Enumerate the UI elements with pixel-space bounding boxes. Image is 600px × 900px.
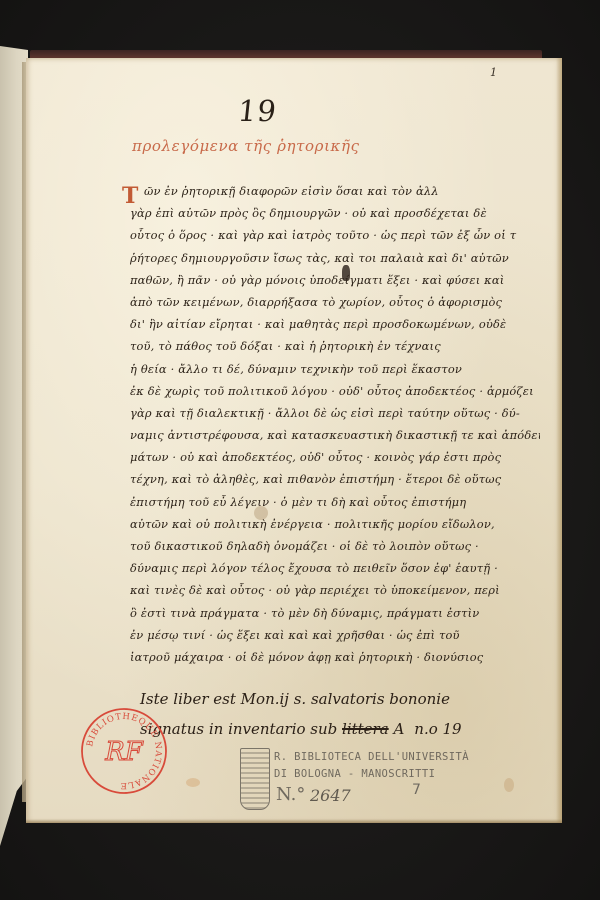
stamp-line-2: DI BOLOGNA - MANOSCRITTI — [274, 768, 435, 780]
struck-word: littera — [342, 720, 389, 738]
text-line: γὰρ καὶ τῇ διαλεκτικῇ · ἄλλοι δὲ ὡς εἰσὶ… — [130, 402, 540, 424]
text-line: ἡ θεία · ἄλλο τι δέ, δύναμιν τεχνικὴν το… — [130, 358, 540, 380]
text-line: δύναμις περὶ λόγον τέλος ἔχουσα τὸ πειθε… — [130, 557, 540, 579]
ownership-line-2: signatus in inventario sub littera An.o … — [140, 714, 560, 744]
text-line: ἐπιστήμη τοῦ εὖ λέγειν · ὁ μὲν τι δὴ καὶ… — [130, 491, 540, 513]
page-number: 19 — [236, 94, 278, 128]
text-line: ἐν μέσῳ τινί · ὡς ἕξει καὶ καὶ καὶ χρῆσθ… — [130, 624, 540, 646]
text-line: παθῶν, ἢ πᾶν · οὐ γὰρ μόνοις ὑποδείγματι… — [130, 269, 540, 291]
bologna-library-stamp: R. BIBLIOTECA DELL'UNIVERSITÀ DI BOLOGNA… — [240, 748, 460, 810]
stamp-line-1: R. BIBLIOTECA DELL'UNIVERSITÀ — [274, 751, 469, 763]
text-line: τοῦ, τὸ πάθος τοῦ δόξαι · καὶ ἡ ῥητορικὴ… — [130, 335, 540, 357]
text-line: ναμις ἀντιστρέφουσα, καὶ κατασκευαστικὴ … — [130, 424, 540, 446]
ownership-note: Iste liber est Mon.ij s. salvatoris bono… — [140, 684, 560, 744]
text-line: ῥήτορες δημιουργοῦσιν ἴσως τὰς, καὶ τοι … — [130, 247, 540, 269]
text-line: ἰατροῦ μάχαιρα · οἱ δὲ μόνον ἀφῃ καὶ ῥητ… — [130, 646, 540, 668]
text-line: ἐκ δὲ χωρὶς τοῦ πολιτικοῦ λόγου · οὐδ' ο… — [130, 380, 540, 402]
text-line: αὐτῶν καὶ οὐ πολιτικὴ ἐνέργεια · πολιτικ… — [130, 513, 540, 535]
text-line: ἀπὸ τῶν κειμένων, διαρρήξασα τὸ χωρίον, … — [130, 291, 540, 313]
text-line: ῶν ἐν ῥητορικῇ διαφορῶν εἰσὶν ὅσαι καὶ τ… — [130, 180, 540, 202]
text-line: δι' ἣν αἰτίαν εἴρηται · καὶ μαθητὰς περὶ… — [130, 313, 540, 335]
rubric-heading: προλεγόμενα τῆς ῥητορικῆς — [132, 137, 532, 155]
text-line: ὃ ἐστὶ τινὰ πράγματα · τὸ μὲν δὴ δύναμις… — [130, 602, 540, 624]
foxing-stain — [504, 778, 514, 792]
text-line: τέχνη, καὶ τὸ ἀληθὲς, καὶ πιθανὸν ἐπιστή… — [130, 468, 540, 490]
text-line: γὰρ ἐπὶ αὐτῶν πρὸς ὃς δημιουργῶν · οὐ κα… — [130, 202, 540, 224]
ownership-line-1: Iste liber est Mon.ij s. salvatoris bono… — [140, 684, 560, 714]
folio-mark: 1 — [490, 66, 497, 79]
bibliotheque-nationale-stamp: BIBLIOTHEQUE NATIONALE RF — [80, 707, 168, 795]
greek-text-block: ῶν ἐν ῥητορικῇ διαφορῶν εἰσὶν ὅσαι καὶ τ… — [130, 180, 540, 668]
crest-icon — [240, 748, 270, 810]
ownership-line-2-pre: signatus in inventario sub — [140, 720, 342, 738]
stamp-number-value: 2647 — [310, 786, 351, 805]
text-line: τοῦ δικαστικοῦ δηλαδὴ ὀνομάζει · οἱ δὲ τ… — [130, 535, 540, 557]
shelf-number: n.o 19 — [414, 720, 461, 738]
ownership-line-2-post: A — [389, 720, 405, 738]
text-line: καὶ τινὲς δὲ καὶ οὗτος · οὐ γὰρ περιέχει… — [130, 579, 540, 601]
foxing-stain — [186, 778, 200, 787]
text-line: οὗτος ὁ ὅρος · καὶ γὰρ καὶ ἰατρὸς τοῦτο … — [130, 224, 540, 246]
text-line: μάτων · οὐ καὶ ἀποδεκτέος, οὐδ' οὗτος · … — [130, 446, 540, 468]
stamp-monogram: RF — [104, 737, 144, 767]
pencil-mark: 7 — [412, 782, 421, 798]
page-edge-bottom — [26, 819, 562, 823]
stamp-number-label: N.° — [276, 784, 305, 805]
